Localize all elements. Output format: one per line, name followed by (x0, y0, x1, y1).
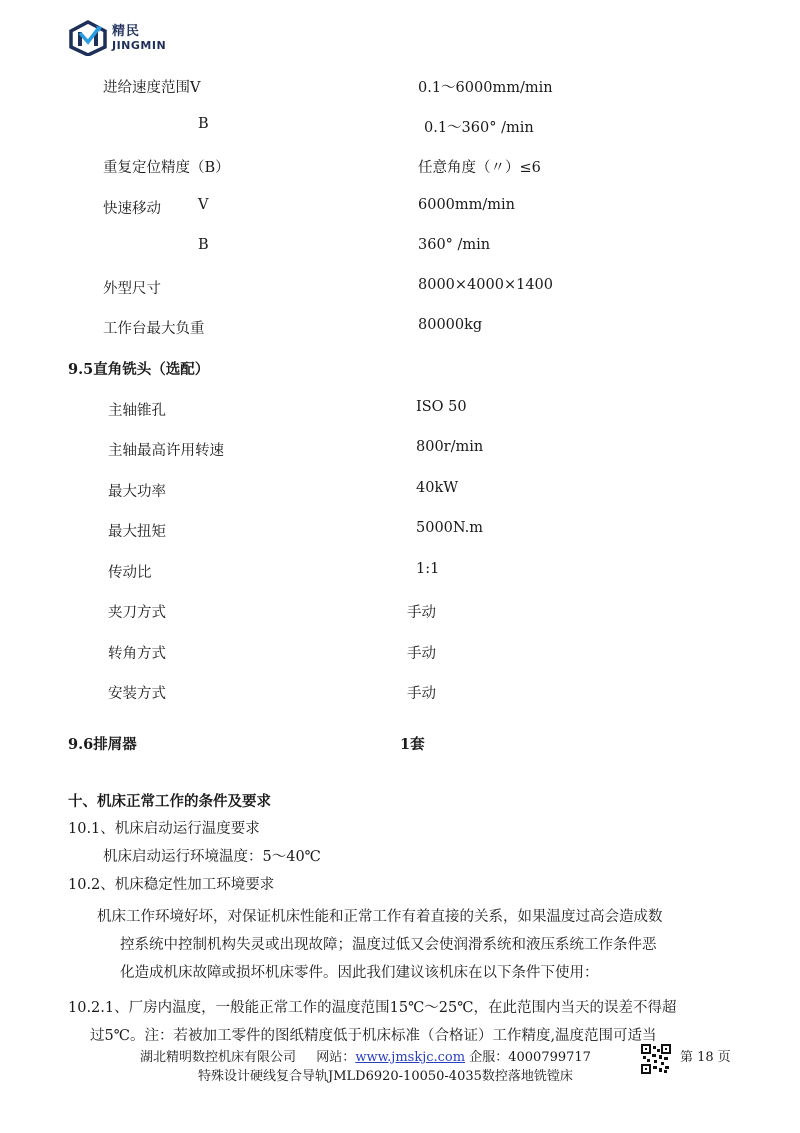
spec-value: 手动 (407, 601, 436, 622)
spec-value: 800r/min (416, 439, 483, 455)
qr-code-icon (641, 1044, 671, 1074)
spec-value: 1套 (400, 733, 425, 754)
jingmin-logo-icon (68, 20, 108, 56)
paragraph-line: 过5℃。注：若被加工零件的图纸精度低于机床标准（合格证）工作精度,温度范围可适当 (90, 1024, 657, 1045)
spec-value: 8000×4000×1400 (418, 277, 553, 293)
spec-value: 手动 (407, 682, 436, 703)
spec-label: 转角方式 (108, 642, 166, 663)
spec-sub-label: B (198, 237, 209, 253)
spec-label: 最大扭矩 (108, 520, 166, 541)
product-line: 特殊设计硬线复合导轨JMLD6920-10050-4035数控落地铣镗床 (198, 1065, 573, 1084)
logo-chinese-text: 精民 (112, 25, 166, 38)
spec-sub-label: V (198, 197, 208, 213)
spec-value: 0.1～360° /min (424, 116, 534, 137)
spec-label: 传动比 (108, 561, 152, 582)
spec-value: 任意角度（〃）≤6 (418, 156, 541, 177)
paragraph-line: 机床工作环境好坏，对保证机床性能和正常工作有着直接的关系，如果温度过高会造成数 (97, 905, 663, 926)
spec-label: 主轴最高许用转速 (108, 439, 224, 460)
page-number: 第 18 页 (680, 1046, 731, 1065)
footer-company-line: 湖北精明数控机床有限公司 网站：www.jmskjc.com 企服：400079… (140, 1046, 591, 1065)
spec-value: 80000kg (418, 317, 482, 333)
logo-english-text: JINGMIN (112, 40, 166, 51)
service-label: 企服： (469, 1050, 508, 1065)
spec-label: 工作台最大负重 (103, 317, 205, 338)
spec-label: 外型尺寸 (103, 277, 161, 298)
spec-value: 360° /min (418, 237, 490, 253)
website-label: 网站： (316, 1050, 355, 1065)
spec-label: 夹刀方式 (108, 601, 166, 622)
paragraph-line: 10.2.1、厂房内温度，一般能正常工作的温度范围15℃～25℃，在此范围内当天… (68, 996, 676, 1017)
spec-label: 重复定位精度（B） (103, 156, 230, 177)
paragraph-line: 化造成机床故障或损坏机床零件。因此我们建议该机床在以下条件下使用： (120, 961, 599, 982)
paragraph-line: 控系统中控制机构失灵或出现故障；温度过低又会使润滑系统和液压系统工作条件恶 (120, 933, 657, 954)
spec-value: 0.1～6000mm/min (418, 76, 553, 97)
website-link[interactable]: www.jmskjc.com (355, 1050, 465, 1065)
spec-value: 5000N.m (416, 520, 483, 536)
spec-label: 主轴锥孔 (108, 399, 166, 420)
spec-value: 手动 (407, 642, 436, 663)
spec-value: 40kW (416, 480, 458, 496)
spec-label: 快速移动 (103, 197, 161, 218)
spec-value: 1:1 (416, 561, 439, 577)
spec-label: 最大功率 (108, 480, 166, 501)
spec-value: 6000mm/min (418, 197, 515, 213)
subsection-title: 10.1、机床启动运行温度要求 (68, 817, 260, 838)
spec-label: 安装方式 (108, 682, 166, 703)
section-title: 9.5直角铣头（选配） (68, 358, 209, 379)
service-phone: 4000799717 (508, 1050, 591, 1065)
chapter-title: 十、机床正常工作的条件及要求 (68, 790, 271, 811)
paragraph: 机床启动运行环境温度：5～40℃ (103, 845, 321, 866)
subsection-title: 10.2、机床稳定性加工环境要求 (68, 873, 274, 894)
section-title: 9.6排屑器 (68, 733, 137, 754)
spec-sub-label: B (198, 116, 209, 132)
spec-label: 进给速度范围V (103, 76, 200, 97)
company-logo: 精民 JINGMIN (68, 20, 166, 56)
company-name: 湖北精明数控机床有限公司 (140, 1050, 296, 1065)
spec-value: ISO 50 (416, 399, 467, 415)
